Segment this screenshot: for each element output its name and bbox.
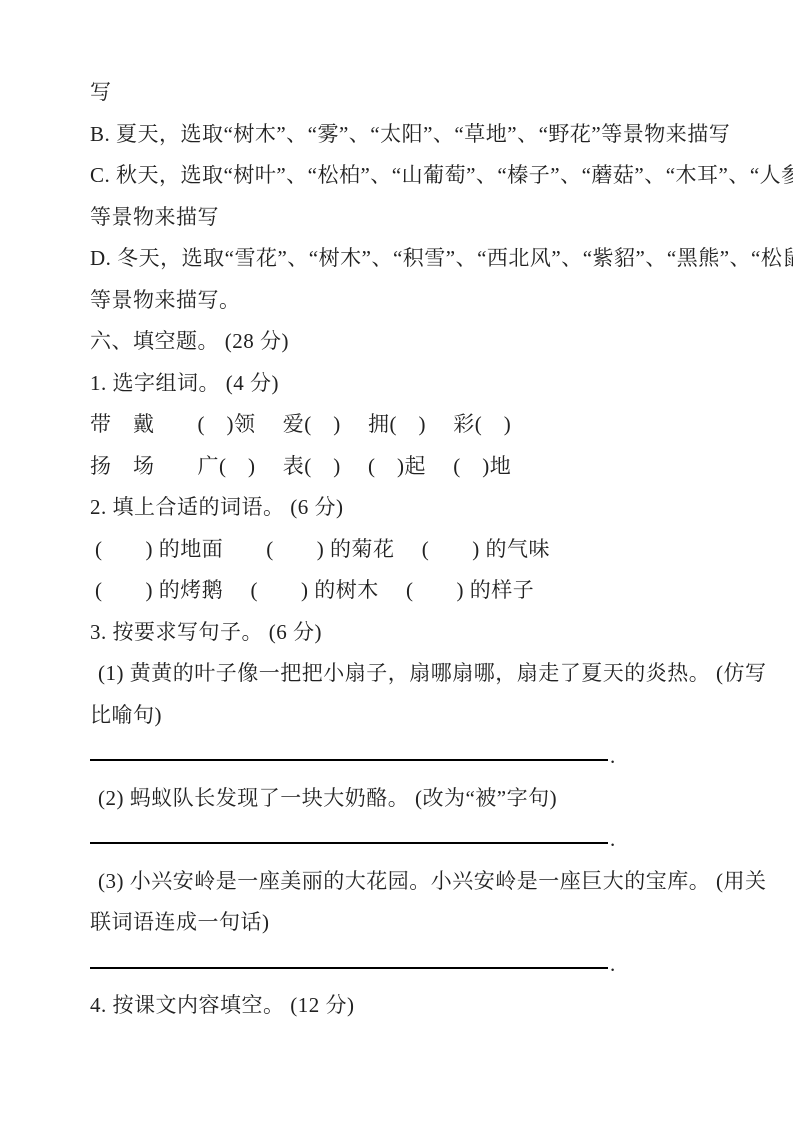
answer-blank-2: . (90, 819, 738, 861)
question-4-heading: 4. 按课文内容填空。 (12 分) (90, 985, 738, 1027)
answer-underline (90, 966, 608, 969)
sentence-2: (2) 蚂蚁队长发现了一块大奶酪。 (改为“被”字句) (90, 778, 738, 820)
answer-blank-1: . (90, 736, 738, 778)
worksheet-content: 写 B. 夏天，选取“树木”、“雾”、“太阳”、“草地”、“野花”等景物来描写 … (90, 72, 738, 1027)
sentence-3-continuation: 联词语连成一句话) (90, 902, 738, 944)
sentence-1: (1) 黄黄的叶子像一把把小扇子，扇哪扇哪，扇走了夏天的炎热。 (仿写 (90, 653, 738, 695)
question-1-heading: 1. 选字组词。 (4 分) (90, 363, 738, 405)
continuation-line: 写 (90, 72, 738, 114)
question-2-heading: 2. 填上合适的词语。 (6 分) (90, 487, 738, 529)
sentence-1-continuation: 比喻句) (90, 695, 738, 737)
answer-underline (90, 758, 608, 761)
option-c: C. 秋天，选取“树叶”、“松柏”、“山葡萄”、“榛子”、“蘑菇”、“木耳”、“… (90, 155, 738, 197)
worksheet-page: 写 B. 夏天，选取“树木”、“雾”、“太阳”、“草地”、“野花”等景物来描写 … (0, 0, 793, 1122)
option-d-continuation: 等景物来描写。 (90, 280, 738, 322)
answer-underline (90, 841, 608, 844)
blank-trailing-period: . (608, 952, 616, 976)
fill-words-row-2: ( ) 的烤鹅 ( ) 的树木 ( ) 的样子 (90, 570, 738, 612)
section-6-heading: 六、填空题。 (28 分) (90, 321, 738, 363)
fill-words-row-1: ( ) 的地面 ( ) 的菊花 ( ) 的气味 (90, 529, 738, 571)
sentence-3: (3) 小兴安岭是一座美丽的大花园。小兴安岭是一座巨大的宝库。 (用关 (90, 861, 738, 903)
option-b: B. 夏天，选取“树木”、“雾”、“太阳”、“草地”、“野花”等景物来描写 (90, 114, 738, 156)
word-formation-row-2: 扬 场 广( ) 表( ) ( )起 ( )地 (90, 446, 738, 488)
blank-trailing-period: . (608, 744, 616, 768)
option-d: D. 冬天，选取“雪花”、“树木”、“积雪”、“西北风”、“紫貂”、“黑熊”、“… (90, 238, 738, 280)
answer-blank-3: . (90, 944, 738, 986)
question-3-heading: 3. 按要求写句子。 (6 分) (90, 612, 738, 654)
option-c-continuation: 等景物来描写 (90, 197, 738, 239)
blank-trailing-period: . (608, 827, 616, 851)
word-formation-row-1: 带 戴 ( )领 爱( ) 拥( ) 彩( ) (90, 404, 738, 446)
